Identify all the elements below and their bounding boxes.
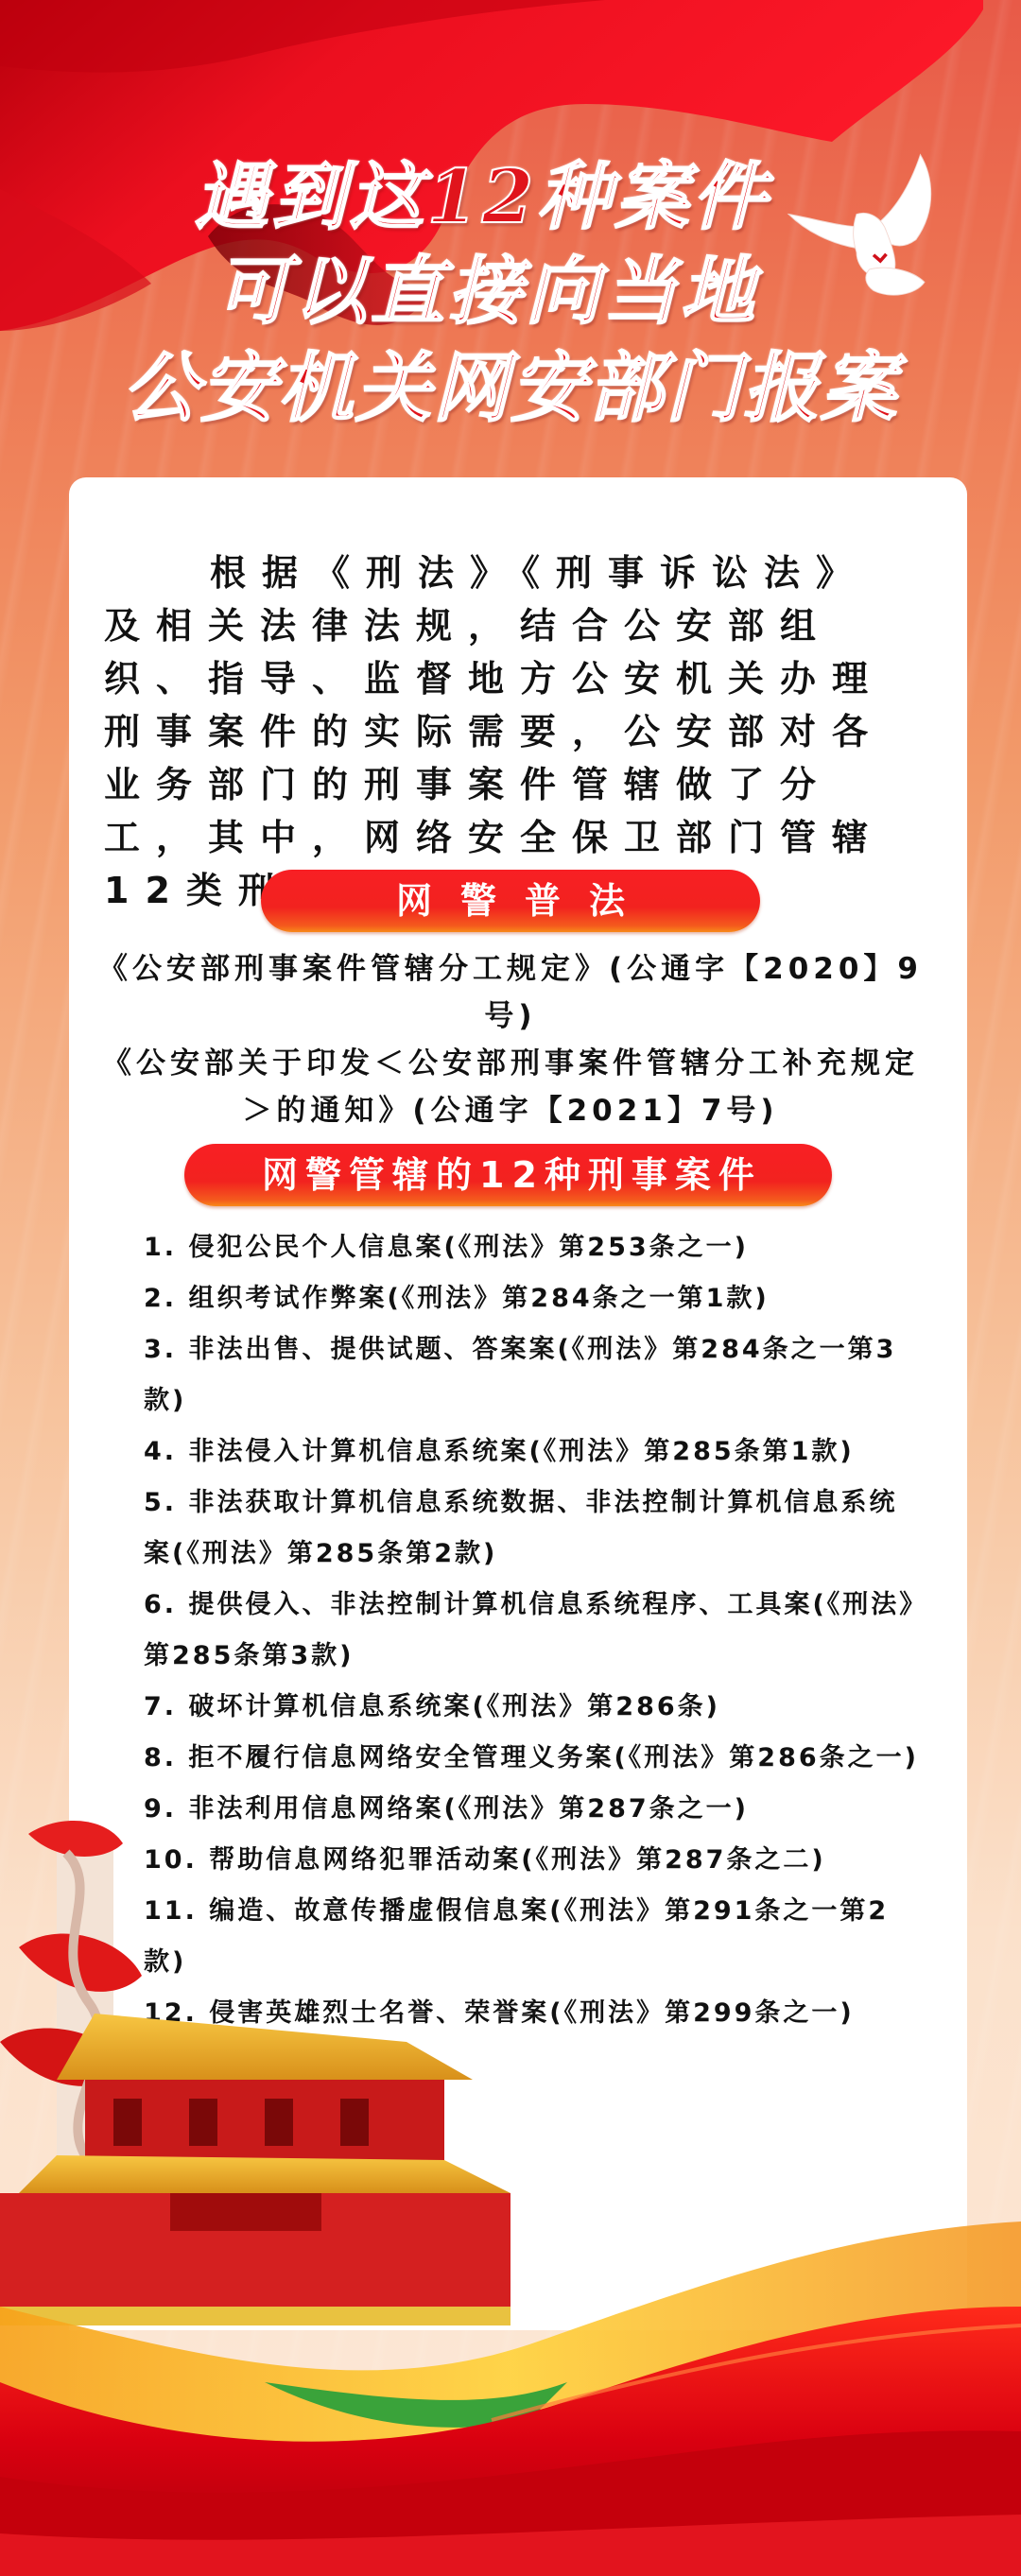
regulation-citations: 《公安部刑事案件管辖分工规定》(公通字【2020】9号) 《公安部关于印发＜公安… — [95, 945, 926, 1134]
tiananmen-decoration — [0, 1796, 1021, 2576]
regulation-citation: 《公安部关于印发＜公安部刑事案件管辖分工补充规定＞的通知》(公通字【2021】7… — [95, 1040, 926, 1134]
case-item: 1. 侵犯公民个人信息案(《刑法》第253条之一) — [144, 1222, 919, 1273]
white-dove-icon — [770, 142, 960, 312]
section-banner-legal: 网警普法 — [261, 870, 760, 932]
tiananmen-gate-icon — [0, 2014, 510, 2325]
case-item: 8. 拒不履行信息网络安全管理义务案(《刑法》第286条之一) — [144, 1733, 919, 1784]
headline-line-3: 公安机关网安部门报案 — [0, 350, 1021, 425]
case-item: 6. 提供侵入、非法控制计算机信息系统程序、工具案(《刑法》第285条第3款) — [144, 1580, 919, 1682]
intro-paragraph: 根据《刑法》《刑事诉讼法》及相关法律法规，结合公安部组织、指导、监督地方公安机关… — [104, 546, 917, 917]
case-item: 2. 组织考试作弊案(《刑法》第284条之一第1款) — [144, 1273, 919, 1324]
case-item: 5. 非法获取计算机信息系统数据、非法控制计算机信息系统案(《刑法》第285条第… — [144, 1478, 919, 1580]
case-item: 7. 破坏计算机信息系统案(《刑法》第286条) — [144, 1682, 919, 1733]
section-banner-cases: 网警管辖的12种刑事案件 — [184, 1144, 832, 1206]
regulation-citation: 《公安部刑事案件管辖分工规定》(公通字【2020】9号) — [95, 945, 926, 1040]
case-item: 3. 非法出售、提供试题、答案案(《刑法》第284条之一第3款) — [144, 1324, 919, 1426]
case-item: 4. 非法侵入计算机信息系统案(《刑法》第285条第1款) — [144, 1426, 919, 1478]
